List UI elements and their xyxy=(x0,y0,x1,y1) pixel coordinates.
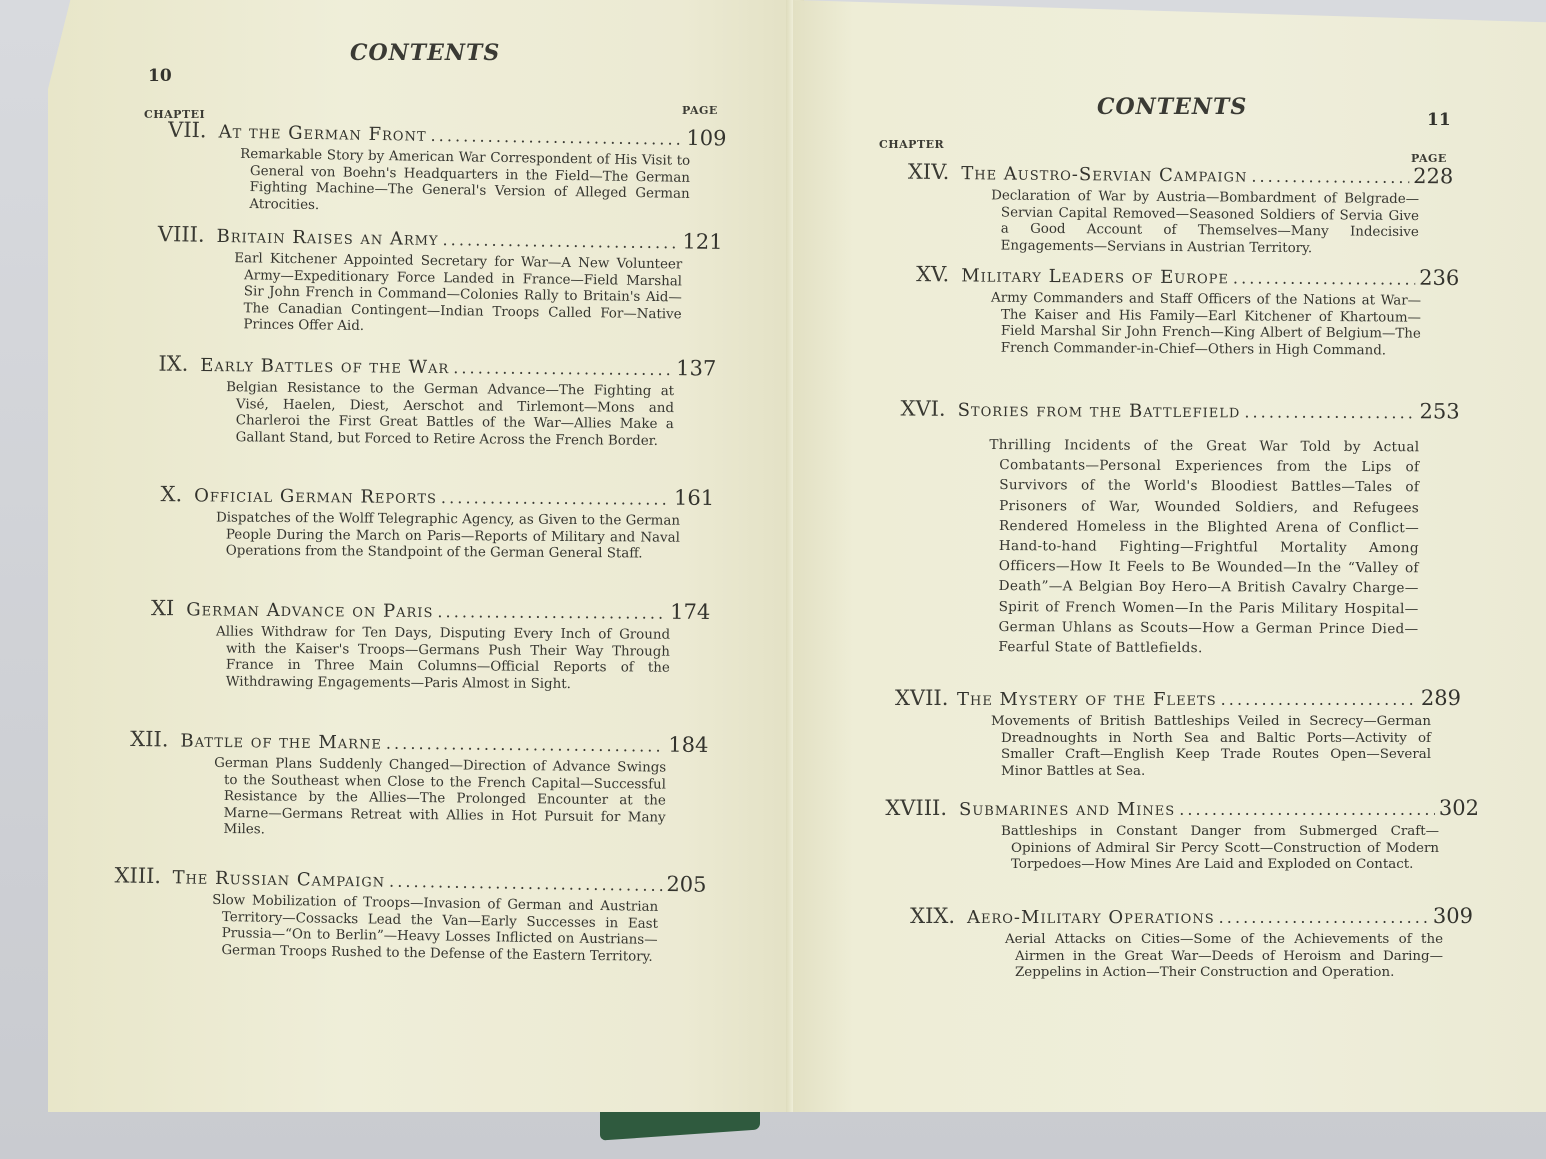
toc-entry-heading[interactable]: VIII. Britain Raises an Army 121 xyxy=(152,222,722,254)
right-page: CONTENTS 11 CHAPTER PAGE XIV. The Austro… xyxy=(793,0,1546,1112)
toc-entry: XVIII. Submarines and Mines 302 Battlesh… xyxy=(885,796,1479,874)
chapter-numeral: IX. xyxy=(154,352,188,376)
dot-leader xyxy=(453,358,672,379)
chapter-numeral: XIII. xyxy=(114,863,160,888)
page-column-label: PAGE xyxy=(1411,152,1447,165)
chapter-title: The Mystery of the Fleets xyxy=(957,689,1217,710)
dot-leader xyxy=(1179,800,1435,819)
chapter-page-number: 289 xyxy=(1421,686,1461,710)
chapter-summary: Remarkable Story by American War Corresp… xyxy=(239,147,690,220)
chapter-title: Battle of the Marne xyxy=(180,731,382,754)
chapter-page-number: 228 xyxy=(1413,164,1453,188)
dot-leader xyxy=(1233,268,1415,288)
toc-entry: X. Official German Reports 161 Dispatche… xyxy=(154,482,715,564)
chapter-page-number: 121 xyxy=(682,229,722,254)
toc-entry: XIX. Aero-Military Operations 309 Aerial… xyxy=(905,904,1473,982)
chapter-page-number: 309 xyxy=(1433,904,1473,928)
chapter-summary: Allies Withdraw for Ten Days, Disputing … xyxy=(216,625,670,695)
chapter-numeral: VII. xyxy=(158,118,206,143)
chapter-numeral: VIII. xyxy=(152,222,204,247)
chapter-summary: Earl Kitchener Appointed Secretary for W… xyxy=(233,251,682,340)
toc-entry: XI German Advance on Paris 174 Allies Wi… xyxy=(144,596,711,694)
chapter-title: Official German Reports xyxy=(194,485,437,508)
toc-entry: VIII. Britain Raises an Army 121 Earl Ki… xyxy=(151,222,722,341)
page-number: 10 xyxy=(148,66,172,86)
dot-leader xyxy=(386,734,665,756)
toc-entry: IX. Early Battles of the War 137 Belgian… xyxy=(154,352,717,451)
toc-entry: XIII. The Russian Campaign 205 Slow Mobi… xyxy=(113,863,706,967)
toc-entry: XV. Military Leaders of Europe 236 Army … xyxy=(911,262,1460,360)
chapter-numeral: XVIII. xyxy=(885,796,947,820)
chapter-title: Britain Raises an Army xyxy=(216,226,438,250)
dot-leader xyxy=(1251,167,1409,187)
chapter-page-number: 109 xyxy=(686,126,726,151)
page-number: 11 xyxy=(1427,110,1451,130)
toc-entry-heading[interactable]: XVIII. Submarines and Mines 302 xyxy=(885,796,1479,820)
toc-entry: XVII. The Mystery of the Fleets 289 Move… xyxy=(895,686,1461,780)
chapter-numeral: X. xyxy=(154,482,182,506)
chapter-summary: Declaration of War by Austria—Bombardmen… xyxy=(991,188,1420,258)
dot-leader xyxy=(442,230,678,252)
chapter-page-number: 174 xyxy=(670,600,710,624)
dot-leader xyxy=(1219,908,1429,927)
chapter-numeral: XV. xyxy=(911,262,949,286)
running-head: CONTENTS xyxy=(350,40,500,66)
toc-entry-heading[interactable]: XV. Military Leaders of Europe 236 xyxy=(911,262,1459,290)
chapter-summary: German Plans Suddenly Changed—Direction … xyxy=(213,756,666,844)
dot-leader xyxy=(389,872,663,895)
chapter-page-number: 236 xyxy=(1419,266,1459,290)
chapter-summary: Battleships in Constant Danger from Subm… xyxy=(1001,824,1439,874)
chapter-title: Stories from the Battlefield xyxy=(958,400,1241,422)
chapter-title: Early Battles of the War xyxy=(200,355,449,378)
chapter-title: German Advance on Paris xyxy=(186,599,433,622)
toc-entry-heading[interactable]: XVII. The Mystery of the Fleets 289 xyxy=(895,686,1461,710)
chapter-page-number: 302 xyxy=(1439,796,1479,820)
chapter-title: Aero-Military Operations xyxy=(967,907,1215,928)
dot-leader xyxy=(437,602,666,623)
toc-entry: XIV. The Austro-Servian Campaign 228 Dec… xyxy=(901,160,1454,259)
dot-leader xyxy=(441,488,670,509)
chapter-page-number: 205 xyxy=(666,872,706,897)
chapter-summary: Army Commanders and Staff Officers of th… xyxy=(991,291,1421,360)
running-head: CONTENTS xyxy=(1097,94,1247,120)
toc-entry-heading[interactable]: XII. Battle of the Marne 184 xyxy=(128,727,708,757)
toc-entry: XVI. Stories from the Battlefield 253 Th… xyxy=(898,397,1459,660)
chapter-numeral: XI xyxy=(144,596,174,620)
chapter-page-number: 137 xyxy=(676,356,716,380)
chapter-summary: Thrilling Incidents of the Great War Tol… xyxy=(988,435,1419,659)
chapter-column-label: CHAPTER xyxy=(879,138,944,151)
chapter-summary: Slow Mobilization of Troops—Invasion of … xyxy=(211,893,658,966)
toc-entry-heading[interactable]: XI German Advance on Paris 174 xyxy=(144,596,710,624)
chapter-page-number: 184 xyxy=(668,733,708,757)
toc-entry: XII. Battle of the Marne 184 German Plan… xyxy=(127,727,708,844)
chapter-summary: Belgian Resistance to the German Advance… xyxy=(226,380,675,450)
chapter-summary: Dispatches of the Wolff Telegraphic Agen… xyxy=(216,510,680,563)
chapter-summary: Movements of British Battleships Veiled … xyxy=(991,714,1431,780)
chapter-summary: Aerial Attacks on Cities—Some of the Ach… xyxy=(1005,932,1443,982)
chapter-title: The Russian Campaign xyxy=(172,867,385,891)
toc-entry-heading[interactable]: XIX. Aero-Military Operations 309 xyxy=(905,904,1473,928)
dot-leader xyxy=(1221,690,1417,709)
chapter-page-number: 161 xyxy=(674,486,714,510)
chapter-numeral: XVII. xyxy=(895,686,945,710)
toc-entry-heading[interactable]: VII. At the German Front 109 xyxy=(158,118,726,151)
chapter-title: Submarines and Mines xyxy=(959,799,1175,820)
chapter-numeral: XVI. xyxy=(900,397,946,421)
toc-entry: VII. At the German Front 109 Remarkable … xyxy=(157,118,726,221)
toc-entry-heading[interactable]: XIV. The Austro-Servian Campaign 228 xyxy=(901,160,1453,189)
dot-leader xyxy=(1244,402,1415,422)
left-page: CONTENTS 10 CHAPTEI PAGE VII. At the Ger… xyxy=(48,0,793,1112)
chapter-title: At the German Front xyxy=(218,121,426,145)
page-column-label: PAGE xyxy=(682,104,718,117)
toc-entry-heading[interactable]: XVI. Stories from the Battlefield 253 xyxy=(900,397,1460,424)
dot-leader xyxy=(430,126,682,149)
toc-entry-heading[interactable]: IX. Early Battles of the War 137 xyxy=(154,352,716,381)
chapter-title: The Austro-Servian Campaign xyxy=(961,163,1247,186)
toc-entry-heading[interactable]: XIII. The Russian Campaign 205 xyxy=(114,863,706,896)
chapter-numeral: XIX. xyxy=(905,904,955,928)
toc-entry-heading[interactable]: X. Official German Reports 161 xyxy=(154,482,714,510)
chapter-numeral: XIV. xyxy=(901,160,949,184)
chapter-numeral: XII. xyxy=(128,727,168,751)
chapter-page-number: 253 xyxy=(1419,399,1459,423)
chapter-title: Military Leaders of Europe xyxy=(961,265,1229,288)
